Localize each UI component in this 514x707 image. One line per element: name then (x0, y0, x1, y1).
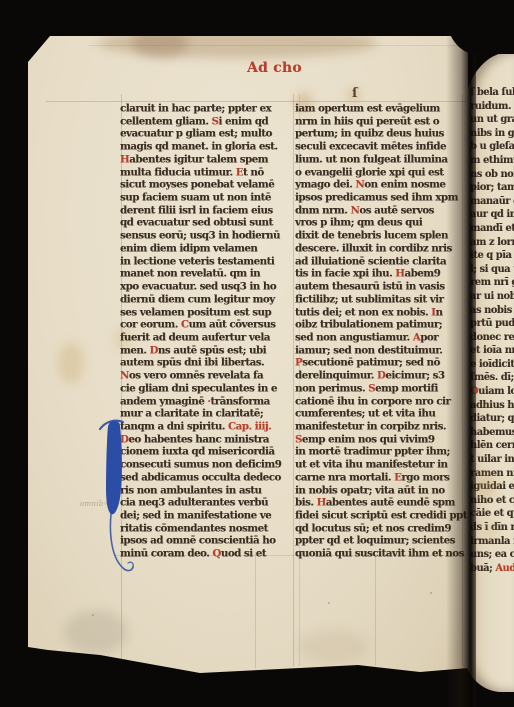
text-line: aur qd in pſtno u (470, 208, 514, 222)
text-line: i; si qua undſa (470, 263, 514, 277)
text-line: Semp enim nos qui vivim9 (295, 433, 469, 446)
text-line: nrm in hiis qui pereūt est o (295, 115, 469, 128)
text-line: mur a claritate in claritatē; (120, 407, 296, 420)
text-line: cionem iuxta qd misericordiā (120, 445, 296, 458)
text-line: men. Dns autē spūs est; ubi (120, 344, 296, 357)
manuscript-photo: ſ bela ſulanſ ītruidum. Omīun ut grana a… (0, 0, 514, 707)
text-line: cie gliam dni speculantes in e (120, 382, 296, 395)
text-line: autem spūs dni ibi libertas. (120, 356, 296, 369)
text-line: ns ob noſter ho (470, 168, 514, 182)
text-line: in lectione veteris testamenti (120, 255, 296, 268)
parchment-stain (58, 342, 84, 384)
text-line: andem ymaginē ·trānsforma (120, 395, 296, 408)
text-line: qd evacuatur sed obtusi sunt (120, 216, 296, 229)
parchment-stain (132, 28, 188, 58)
text-line: am z lormn qd (470, 236, 514, 250)
text-line: tis in facie xpi ihu. Habem9 (295, 267, 469, 280)
text-line: dei; sed in manifestatione ve (120, 509, 296, 522)
text-line: b u gleſam dn; · (470, 140, 514, 154)
text-line: Nos vero omnēs revelata fa (120, 369, 296, 382)
text-line: ritatis cōmendantes nosmet (120, 522, 296, 535)
text-line: iamur; sed non destituimur. (295, 344, 469, 357)
text-line: niho et capi mdu (470, 494, 514, 508)
text-line: tanqm a dni spiritu. Cap. iiij. (120, 420, 296, 433)
text-line: tutis dei; et non ex nobis. In (295, 306, 469, 319)
text-line: bis. Habentes autē eundē spm (295, 496, 469, 509)
text-line: sup faciem suam ut non intē (120, 191, 296, 204)
text-line: as nobis qui ubi (470, 304, 514, 318)
running-title: Ad cho (247, 60, 302, 76)
text-line: sed non angustiamur. Apor (295, 331, 469, 344)
text-line: manifestetur in corpibz nris. (295, 420, 469, 433)
text-line: diatur; q chſiano (470, 412, 514, 426)
parchment-speck (430, 592, 432, 594)
text-line: prtū pudicitur. Et (470, 317, 514, 331)
text-line: iam opertum est evāgelium (295, 102, 469, 115)
text-line: fidei sicut scriptū est credidi ppt (295, 509, 469, 522)
text-column-right: iam opertum est evāgeliumnrm in hiis qui… (295, 102, 469, 560)
parchment-crease (255, 552, 256, 668)
parchment-speck (328, 602, 330, 604)
text-line: seculi excecavit mētes infide (295, 140, 469, 153)
parchment-stain (298, 630, 368, 664)
text-line: sed abdicamus occulta dedeco (120, 471, 296, 484)
text-line: xpo evacuatur. sed usq3 in ho (120, 280, 296, 293)
text-line: derelinquimur. Deicimur; s3 (295, 369, 469, 382)
text-line: ipsos ad omnē conscientiā ho (120, 534, 296, 547)
text-line: cumferentes; ut et vita ihu (295, 407, 469, 420)
text-line: donec repoſitas l (470, 331, 514, 345)
text-line: lium. ut non fulgeat illumina (295, 153, 469, 166)
facing-page-text: ſ bela ſulanſ ītruidum. Omīun ut grana a… (470, 86, 514, 575)
text-line: enim diem idipm velamen (120, 242, 296, 255)
text-line: m ethimuſ; ſcd (470, 154, 514, 168)
text-line: Psecutionē patimur; sed nō (295, 356, 469, 369)
text-line: ſ bela ſulanſ īt (470, 86, 514, 100)
text-line: buā; Audim9 ig (470, 562, 514, 576)
text-line: fictilibz; ut sublimitas sit vir (295, 293, 469, 306)
text-line: ymago dei. Non enim nosme (295, 178, 469, 191)
text-line: in mortē tradimur ppter ihm; (295, 445, 469, 458)
ruling-line (88, 45, 468, 46)
text-line: ris non ambulantes in astu (120, 484, 296, 497)
text-line: minū coram deo. Quod si et (120, 547, 296, 560)
ascender-flourish: ſ (352, 86, 358, 101)
text-line: ruidum. Omī (470, 100, 514, 114)
text-line: derent filii isrl in faciem eius (120, 204, 296, 217)
text-line: fuerit ad deum aufertur vela (120, 331, 296, 344)
text-line: adhius halvmeo (470, 399, 514, 413)
text-line: magis qd manet. in gloria est. (120, 140, 296, 153)
text-line: descere. illuxit in cordibz nris (295, 242, 469, 255)
text-line: ramen niātā que l (470, 467, 514, 481)
text-line: hlēn cernal meiſtā (470, 439, 514, 453)
text-line: iguidai euperaus (470, 480, 514, 494)
text-line: cationē ihu in corpore nro cir (295, 395, 469, 408)
text-line: autem thesaurū istū in vasis (295, 280, 469, 293)
text-line: carne nra mortali. Ergo mors (295, 471, 469, 484)
text-line: in nobis opatr; vita aūt in no (295, 484, 469, 497)
text-line: ſmēs. dī; qui na (470, 371, 514, 385)
text-line: manet non revelatū. qm in (120, 267, 296, 280)
text-line: quoniā qui suscitavit ihm et nos (295, 547, 469, 560)
text-line: mandī et lucrū (470, 222, 514, 236)
parchment-speck (92, 614, 94, 616)
text-line: uns; ea cy uzbonue (470, 548, 514, 562)
text-line: sensus eorū; usq3 in hodiernū (120, 229, 296, 242)
text-line: ut et vita ihu manifestetur in (295, 458, 469, 471)
text-line: cor eorum. Cum aūt cōversus (120, 318, 296, 331)
text-column-left: claruit in hac parte; ppter excellentem … (120, 102, 296, 560)
text-line: ite q pīa unda (470, 249, 514, 263)
text-line: e ioīdicitur eor (470, 358, 514, 372)
text-line: dixit de tenebris lucem splen (295, 229, 469, 242)
text-line: cellentem gliam. Si enim qd (120, 115, 296, 128)
text-line: ar ui nobis; idē (470, 290, 514, 304)
text-line: Habentes igitur talem spem (120, 153, 296, 166)
text-line: manaūr de dicū (470, 195, 514, 209)
parchment-stain (64, 610, 128, 654)
text-line: multa fiducia utimur. Et nō (120, 166, 296, 179)
text-line: pertum; in quibz deus huius (295, 127, 469, 140)
text-line: ds ī dīn romms (470, 521, 514, 535)
text-line: cāie et qui formus (470, 507, 514, 521)
text-line: diernū diem cum legitur moy (120, 293, 296, 306)
text-line: t uilar ingromſtā (470, 453, 514, 467)
text-line: ad illuiationē scientie clarita (295, 255, 469, 268)
text-line: nibs in grūe ai (470, 127, 514, 141)
text-line: rem nrī glorie p (470, 276, 514, 290)
facing-page-edge: ſ bela ſulanſ ītruidum. Omīun ut grana a… (464, 52, 514, 692)
text-line: consecuti sumus non deficim9 (120, 458, 296, 471)
text-line: cia neq3 adulterantes verbū (120, 496, 296, 509)
parchment-crease (375, 556, 376, 666)
marginal-note: omnibꝰ (80, 500, 107, 509)
text-line: irmanla ngrundla (470, 535, 514, 549)
text-line: sicut moyses ponebat velamē (120, 178, 296, 191)
text-line: ses velamen positum est sup (120, 306, 296, 319)
text-line: o evangelii glorie xpi qui est (295, 166, 469, 179)
text-line: vros p ihm; qm deus qui (295, 216, 469, 229)
text-line: dnm nrm. Nos autē servos (295, 204, 469, 217)
text-line: un ut grana ab (470, 113, 514, 127)
text-line: Ouiam lomſſca l (470, 385, 514, 399)
text-line: ppter qd et loquimur; scientes (295, 534, 469, 547)
text-line: oibz tribulationem patimur; (295, 318, 469, 331)
text-line: Deo habentes hanc ministra (120, 433, 296, 446)
text-line: habemus dnū co (470, 426, 514, 440)
text-line: et ioīa nrīaur cor (470, 344, 514, 358)
text-line: evacuatur p gliam est; multo (120, 127, 296, 140)
manuscript-page: Ad cho ſ claruit in hac parte; ppter exc… (28, 36, 468, 676)
text-line: ipsos predicamus sed ihm xpm (295, 191, 469, 204)
text-line: pior; tamē is q (470, 181, 514, 195)
text-line: claruit in hac parte; ppter ex (120, 102, 296, 115)
text-line: non perimus. Semp mortifi (295, 382, 469, 395)
parchment-stain (98, 28, 378, 58)
text-line: qd locutus sū; et nos credim9 (295, 522, 469, 535)
